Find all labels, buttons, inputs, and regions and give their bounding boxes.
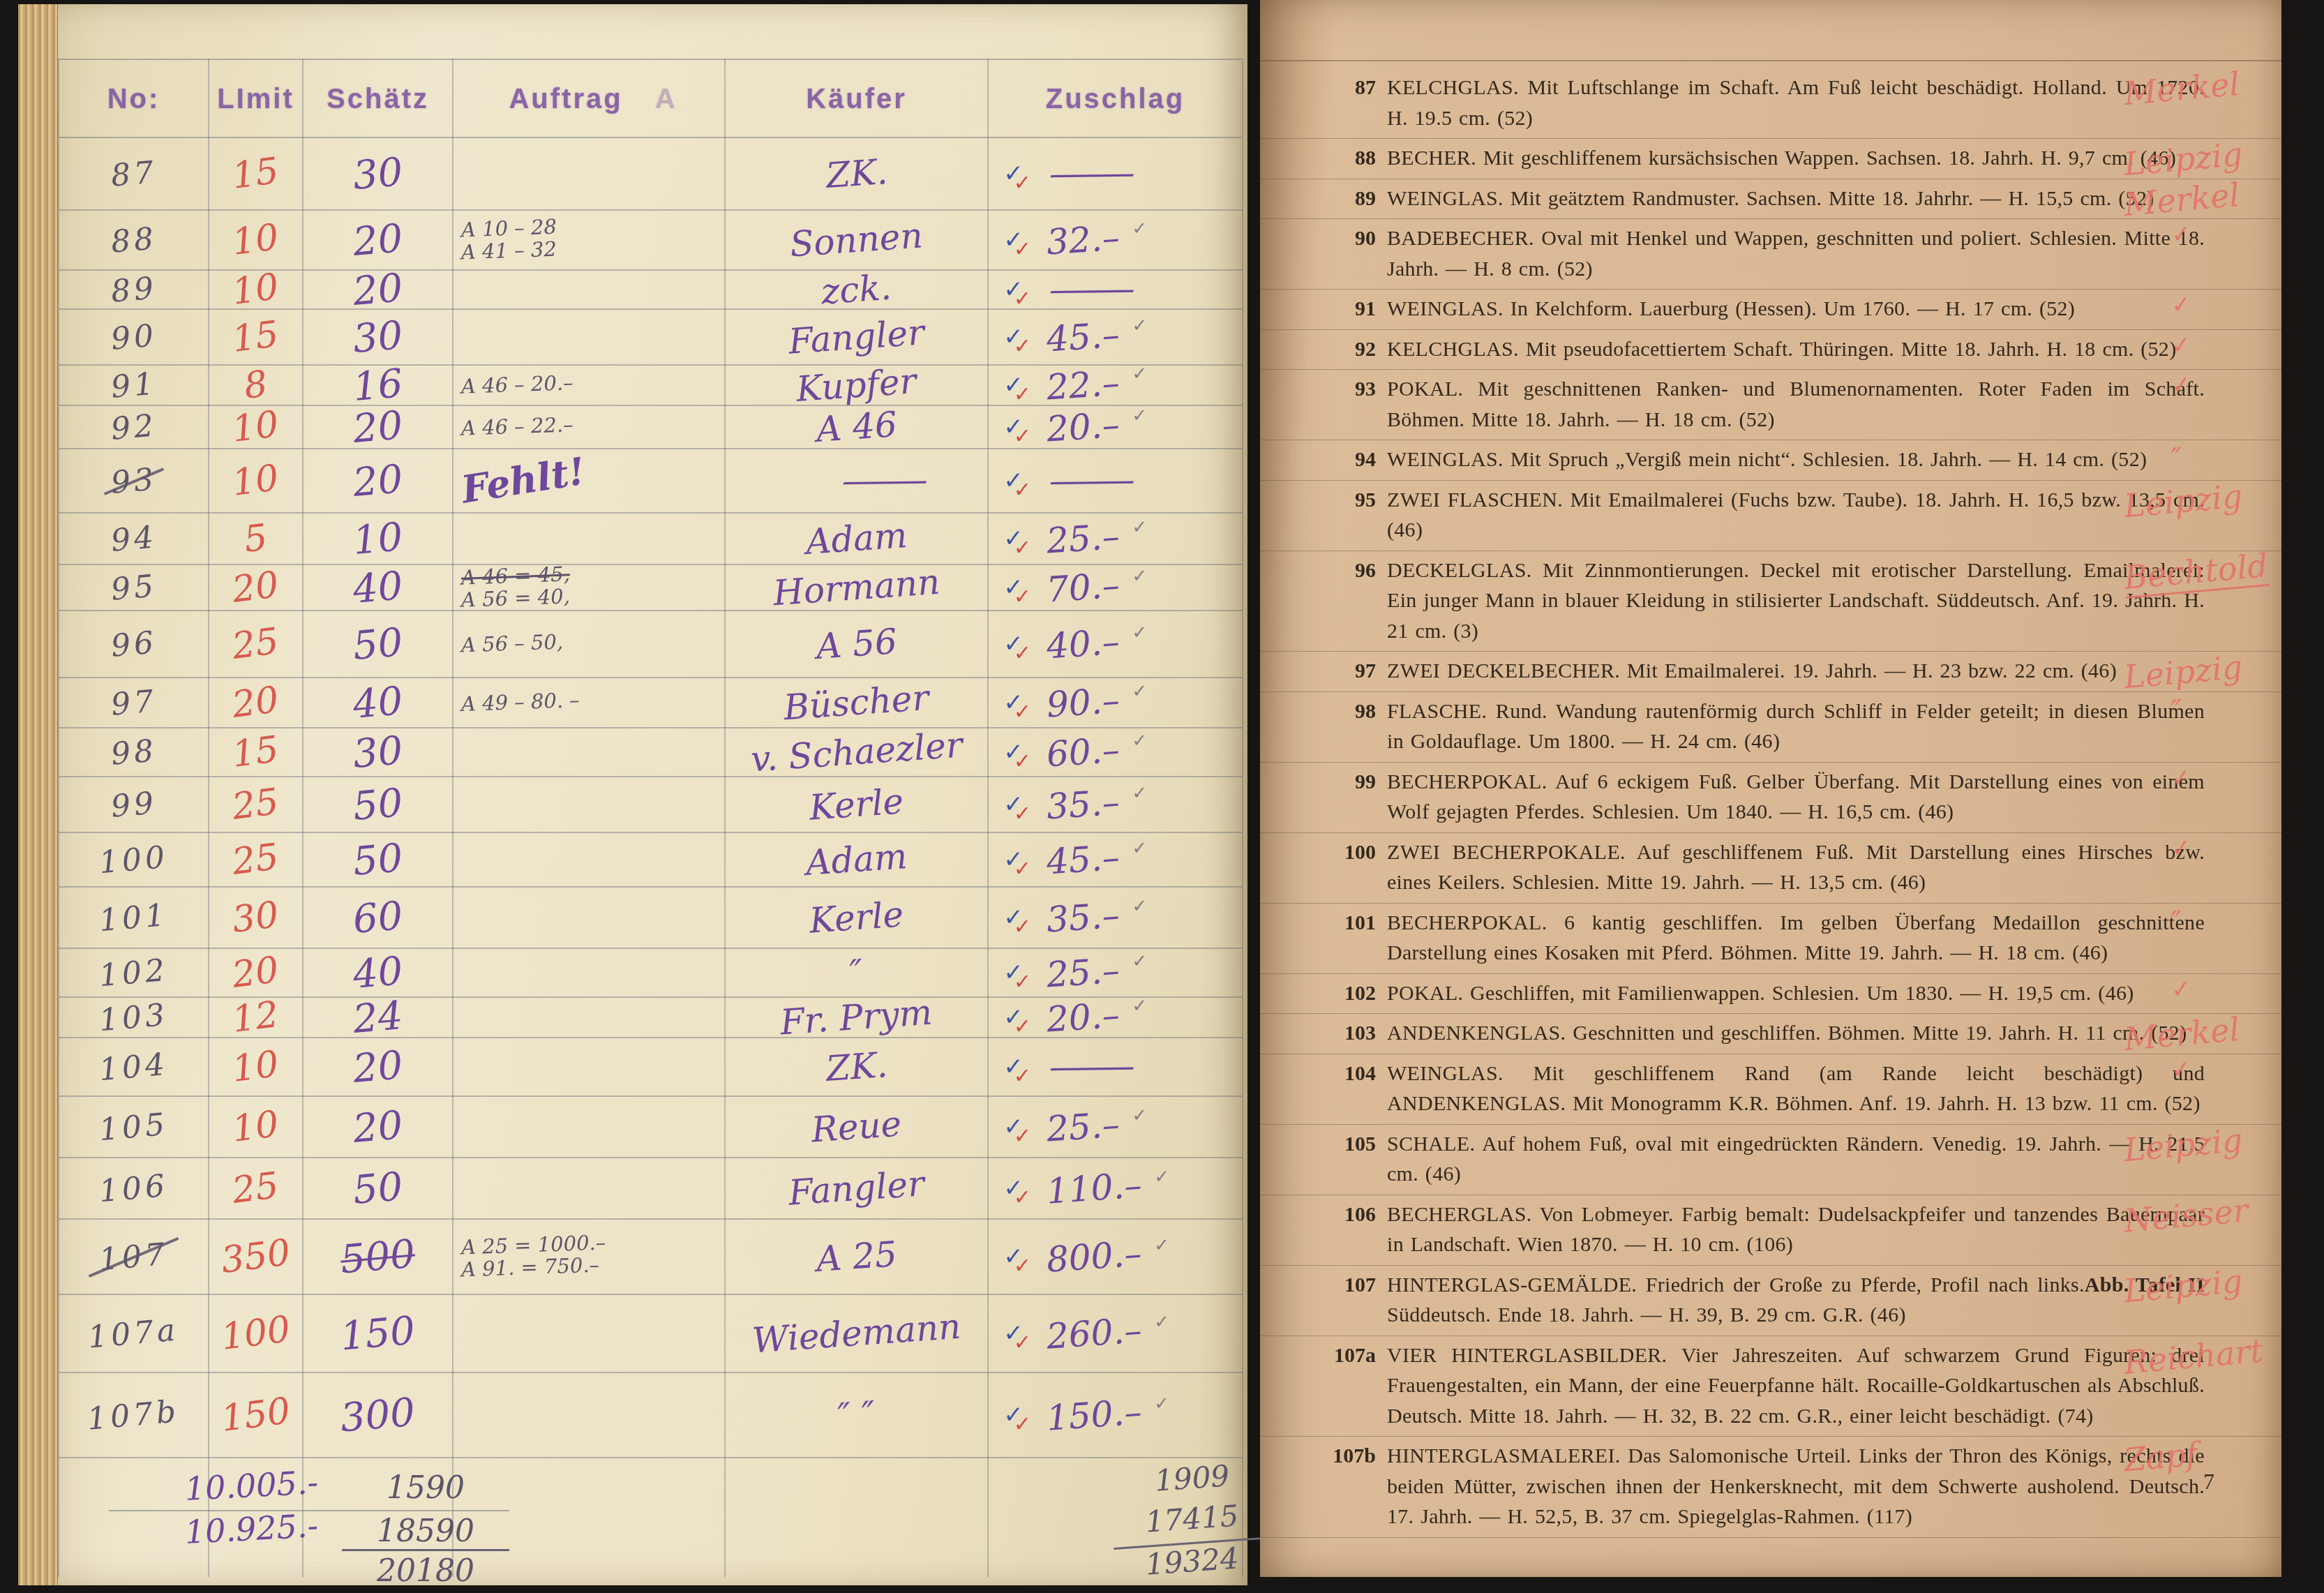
ledger-row: 102 20 40 ″ ✓✓ 25.– ✓ xyxy=(59,949,1243,998)
cell-estimate: 150 xyxy=(303,1295,453,1372)
estimate-value: 40 xyxy=(351,678,405,728)
cell-lot-number: 107b xyxy=(59,1373,209,1457)
pencil-check-icon: ✓ xyxy=(1132,783,1148,804)
lot-number: 101 xyxy=(98,897,170,938)
cell-estimate: 50 xyxy=(303,1158,453,1218)
buyer-name: Hormann xyxy=(772,562,941,614)
cell-buyer: Sonnen xyxy=(725,211,988,269)
cell-buyer: Kupfer xyxy=(725,366,988,405)
check-marks: ✓✓ xyxy=(988,160,1047,188)
cell-order-notes xyxy=(453,271,725,308)
cell-lot-number: 102 xyxy=(59,949,209,996)
buyer-name: Kupfer xyxy=(795,361,917,410)
pencil-check-icon: ✓ xyxy=(1132,838,1148,859)
cell-lot-number: 95 xyxy=(59,565,209,610)
cell-buyer: A 56 xyxy=(725,611,988,677)
margin-annotation: Bechtold xyxy=(2122,546,2270,599)
cell-hammer-price: ✓✓ — ✓ xyxy=(988,1038,1243,1095)
check-marks: ✓✓ xyxy=(988,1053,1047,1081)
catalog-entry: 93 POKAL. Mit geschnittenen Ranken- und … xyxy=(1260,370,2281,440)
limit-value: 15 xyxy=(230,728,281,776)
pencil-check-icon: ✓ xyxy=(1132,731,1148,751)
hammer-price: 60.– xyxy=(1045,729,1120,775)
ledger-row: 89 10 20 zck. ✓✓ — ✓ xyxy=(59,271,1243,310)
estimate-value: 50 xyxy=(351,1164,405,1213)
header-kaeufer: Käufer xyxy=(725,84,988,115)
pencil-check-icon: ✓ xyxy=(1132,364,1148,384)
cell-order-notes: A 56 – 50, xyxy=(453,611,725,677)
lot-number: 97 xyxy=(109,683,158,723)
ledger-rows: 87 15 30 ZK. ✓✓ — ✓ 88 10 20 A 10 – 28A … xyxy=(59,138,1243,1458)
estimate-value: 40 xyxy=(351,948,405,998)
red-check-icon: ✓ xyxy=(1014,382,1031,407)
header-no-label: No: xyxy=(107,84,160,115)
margin-annotation: Reichart xyxy=(2122,1331,2265,1381)
limit-value: 20 xyxy=(230,949,281,996)
limit-value: 100 xyxy=(219,1308,293,1359)
entry-number: 101 xyxy=(1285,908,1387,968)
page-number: 7 xyxy=(2203,1469,2214,1495)
cell-buyer: ZK. xyxy=(725,138,988,209)
cell-buyer: Fangler xyxy=(725,310,988,364)
ledger-row: 96 25 50 A 56 – 50, A 56 ✓✓ 40.– ✓ xyxy=(59,611,1243,678)
cell-limit: 350 xyxy=(209,1220,303,1294)
header-auftrag: Auftrag A xyxy=(453,84,725,115)
red-check-icon: ✓ xyxy=(1014,1124,1031,1149)
check-marks: ✓✓ xyxy=(988,630,1047,658)
entry-number: 92 xyxy=(1285,334,1387,365)
ledger-row: 88 10 20 A 10 – 28A 41 – 32 Sonnen ✓✓ 32… xyxy=(59,211,1243,271)
total-schaetz-3: 20180 xyxy=(342,1553,509,1589)
cell-limit: 25 xyxy=(209,833,303,886)
ledger-row: 103 12 24 Fr. Prym ✓✓ 20.– ✓ xyxy=(59,998,1243,1038)
catalog-entry: 97 ZWEI DECKELBECHER. Mit Emailmalerei. … xyxy=(1260,652,2281,692)
cell-estimate: 10 xyxy=(303,514,453,564)
ledger-row: 101 30 60 Kerle ✓✓ 35.– ✓ xyxy=(59,888,1243,949)
cell-lot-number: 104 xyxy=(59,1038,209,1095)
lot-number: 100 xyxy=(98,839,170,880)
cell-estimate: 300 xyxy=(303,1373,453,1457)
cell-limit: 10 xyxy=(209,449,303,512)
cell-order-notes xyxy=(453,998,725,1037)
cell-buyer: ″ xyxy=(725,949,988,996)
pencil-check-icon: ✓ xyxy=(1132,218,1148,239)
cell-hammer-price: ✓✓ — ✓ xyxy=(988,449,1243,512)
entry-description: POKAL. Geschliffen, mit Familienwappen. … xyxy=(1387,978,2205,1009)
estimate-value: 20 xyxy=(351,265,405,315)
cell-limit: 100 xyxy=(209,1295,303,1372)
lot-number: 104 xyxy=(98,1046,170,1087)
totals-row: 10.925.- 18590 xyxy=(109,1511,509,1553)
limit-value: 5 xyxy=(241,516,269,561)
buyer-name: Adam xyxy=(804,515,908,562)
cell-lot-number: 103 xyxy=(59,998,209,1037)
cell-estimate: 20 xyxy=(303,1038,453,1095)
entry-number: 95 xyxy=(1285,485,1387,546)
lot-number: 93 xyxy=(109,461,158,501)
cell-estimate: 50 xyxy=(303,833,453,886)
check-marks: ✓✓ xyxy=(988,276,1047,304)
check-marks: ✓✓ xyxy=(988,738,1047,766)
margin-annotation: Leipzig xyxy=(2122,1121,2244,1169)
entry-description: KELCHGLAS. Mit Luftschlange im Schaft. A… xyxy=(1387,73,2205,133)
cell-buyer: Kerle xyxy=(725,777,988,832)
margin-annotation: ✓ xyxy=(2170,1054,2192,1084)
limit-value: 15 xyxy=(230,313,281,361)
limit-value: 350 xyxy=(219,1232,293,1282)
margin-annotation: Neisser xyxy=(2122,1191,2250,1239)
limit-value: 10 xyxy=(230,403,281,451)
hammer-price: — xyxy=(1044,459,1139,501)
lot-number: 99 xyxy=(109,785,158,825)
check-marks: ✓✓ xyxy=(988,904,1047,932)
order-note: A 46 – 22.– xyxy=(460,414,573,440)
limit-value: 10 xyxy=(230,1103,281,1151)
total-schaetz-1: 1590 xyxy=(342,1470,509,1506)
cell-estimate: 20 xyxy=(303,1097,453,1157)
buyer-name: ZK. xyxy=(825,151,889,196)
cell-order-notes xyxy=(453,1097,725,1157)
catalog-entry: 94 WEINGLAS. Mit Spruch „Vergiß mein nic… xyxy=(1260,440,2281,481)
cell-estimate: 16 xyxy=(303,366,453,405)
entry-description: KELCHGLAS. Mit pseudofacettiertem Schaft… xyxy=(1387,334,2205,365)
cell-order-notes xyxy=(453,1295,725,1372)
pencil-check-icon: ✓ xyxy=(1132,405,1148,426)
check-marks: ✓✓ xyxy=(988,574,1047,601)
cell-order-notes: A 46 – 22.– xyxy=(453,406,725,448)
cell-estimate: 40 xyxy=(303,949,453,996)
cell-buyer: Fr. Prym xyxy=(725,998,988,1037)
cell-lot-number: 98 xyxy=(59,728,209,776)
red-check-icon: ✓ xyxy=(1014,171,1031,195)
order-note: A 91. = 750.– xyxy=(461,1255,600,1282)
estimate-value: 50 xyxy=(351,780,405,830)
margin-annotation: Leipzig xyxy=(2122,648,2244,696)
cell-hammer-price: ✓✓ 40.– ✓ xyxy=(988,611,1243,677)
limit-value: 10 xyxy=(230,216,281,264)
cell-hammer-price: ✓✓ 60.– ✓ xyxy=(988,728,1243,776)
header-ghost-stamp: A xyxy=(655,84,677,115)
red-check-icon: ✓ xyxy=(1014,1412,1031,1437)
red-check-icon: ✓ xyxy=(1014,237,1031,262)
cell-order-notes xyxy=(453,1158,725,1218)
entry-description: POKAL. Mit geschnittenen Ranken- und Blu… xyxy=(1387,374,2205,435)
red-check-icon: ✓ xyxy=(1014,857,1031,881)
cell-buyer: ZK. xyxy=(725,1038,988,1095)
hammer-price: 70.– xyxy=(1045,564,1120,610)
buyer-name: ″ xyxy=(848,952,864,993)
limit-value: 25 xyxy=(230,1165,281,1212)
entry-number: 107b xyxy=(1285,1441,1387,1532)
cell-lot-number: 87 xyxy=(59,138,209,209)
cell-buyer: v. Schaezler xyxy=(725,728,988,776)
catalog-entry: 90 BADEBECHER. Oval mit Henkel und Wappe… xyxy=(1260,219,2281,290)
ledger-row: 98 15 30 v. Schaezler ✓✓ 60.– ✓ xyxy=(59,728,1243,777)
cell-buyer: Büscher xyxy=(725,678,988,727)
entry-description: SCHALE. Auf hohem Fuß, oval mit eingedrü… xyxy=(1387,1129,2205,1190)
catalog-entry: 103 ANDENKENGLAS. Geschnitten und geschl… xyxy=(1260,1014,2281,1054)
header-zuschlag-label: Zuschlag xyxy=(1046,84,1185,115)
entry-description: ANDENKENGLAS. Geschnitten und geschliffe… xyxy=(1387,1018,2205,1049)
check-marks: ✓✓ xyxy=(988,791,1047,818)
margin-annotation: ✓ xyxy=(2170,220,2192,249)
estimate-value: 20 xyxy=(351,456,405,506)
pencil-check-icon: ✓ xyxy=(1132,681,1148,702)
entry-description: Abb. Tafel IIHINTERGLAS-GEMÄLDE. Friedri… xyxy=(1387,1270,2205,1331)
limit-value: 25 xyxy=(230,836,281,883)
entry-number: 99 xyxy=(1285,767,1387,828)
limit-value: 15 xyxy=(230,150,281,197)
limit-value: 25 xyxy=(230,620,281,668)
totals-left: 10.005.- 1590 10.925.- 18590 20180 xyxy=(109,1468,509,1593)
limit-value: 20 xyxy=(230,564,281,611)
cell-lot-number: 97 xyxy=(59,678,209,727)
ledger-row: 97 20 40 A 49 – 80. – Büscher ✓✓ 90.– ✓ xyxy=(59,678,1243,728)
entry-number: 97 xyxy=(1285,656,1387,687)
margin-annotation: ✓ xyxy=(2170,974,2192,1003)
check-marks: ✓✓ xyxy=(988,1113,1047,1141)
catalog-entry: 107b HINTERGLASMALEREI. Das Salomonische… xyxy=(1260,1437,2281,1538)
red-check-icon: ✓ xyxy=(1014,802,1031,826)
cell-estimate: 20 xyxy=(303,406,453,448)
order-note: A 46 – 20.– xyxy=(460,372,573,398)
cell-lot-number: 106 xyxy=(59,1158,209,1218)
buyer-name: ″ ″ xyxy=(837,1393,876,1437)
margin-annotation: Leipzig xyxy=(2122,477,2244,525)
cell-lot-number: 89 xyxy=(59,271,209,308)
estimate-value: 20 xyxy=(351,216,405,265)
hammer-price: 45.– xyxy=(1045,314,1120,359)
lot-number: 95 xyxy=(109,568,158,608)
lot-number: 88 xyxy=(109,220,158,260)
entry-description: HINTERGLASMALEREI. Das Salomonische Urte… xyxy=(1387,1441,2205,1532)
catalog-entry: 101 BECHERPOKAL. 6 kantig geschliffen. I… xyxy=(1260,904,2281,974)
ledger-row: 92 10 20 A 46 – 22.– A 46 ✓✓ 20.– ✓ xyxy=(59,406,1243,449)
limit-value: 150 xyxy=(219,1390,293,1440)
cell-estimate: 40 xyxy=(303,565,453,610)
cell-hammer-price: ✓✓ 45.– ✓ xyxy=(988,833,1243,886)
hammer-price: 260.– xyxy=(1045,1310,1143,1356)
cell-hammer-price: ✓✓ 150.– ✓ xyxy=(988,1373,1243,1457)
entry-number: 103 xyxy=(1285,1018,1387,1049)
entry-description: DECKELGLAS. Mit Zinnmontierungen. Deckel… xyxy=(1387,555,2205,647)
cell-buyer: Adam xyxy=(725,514,988,564)
cell-estimate: 24 xyxy=(303,998,453,1037)
ledger-row: 105 10 20 Reue ✓✓ 25.– ✓ xyxy=(59,1097,1243,1158)
cell-hammer-price: ✓✓ 260.– ✓ xyxy=(988,1295,1243,1372)
cell-order-notes xyxy=(453,310,725,364)
entry-description: BECHERPOKAL. Auf 6 eckigem Fuß. Gelber Ü… xyxy=(1387,767,2205,828)
cell-lot-number: 105 xyxy=(59,1097,209,1157)
ledger-row: 87 15 30 ZK. ✓✓ — ✓ xyxy=(59,138,1243,211)
lot-number: 102 xyxy=(98,952,170,993)
red-check-icon: ✓ xyxy=(1014,1186,1031,1210)
estimate-value: 30 xyxy=(351,728,405,777)
estimate-value: 30 xyxy=(351,313,405,362)
limit-value: 20 xyxy=(230,679,281,726)
entry-description: WEINGLAS. Mit geätztem Randmuster. Sachs… xyxy=(1387,184,2205,214)
hammer-price: 800.– xyxy=(1045,1233,1143,1280)
cell-buyer: Fangler xyxy=(725,1158,988,1218)
pencil-check-icon: ✓ xyxy=(1132,1105,1148,1126)
estimate-value: 24 xyxy=(351,993,405,1042)
entry-number: 88 xyxy=(1285,143,1387,174)
lot-number: 92 xyxy=(109,407,158,447)
cell-estimate: 500 xyxy=(303,1220,453,1294)
catalog-entry: 89 WEINGLAS. Mit geätztem Randmuster. Sa… xyxy=(1260,179,2281,220)
entry-number: 105 xyxy=(1285,1129,1387,1190)
lot-number: 106 xyxy=(98,1167,170,1209)
entry-text: HINTERGLAS-GEMÄLDE. Friedrich der Große … xyxy=(1387,1273,2085,1327)
cell-lot-number: 96 xyxy=(59,611,209,677)
cell-hammer-price: ✓✓ 35.– ✓ xyxy=(988,777,1243,832)
cell-order-notes xyxy=(453,833,725,886)
hammer-price: 35.– xyxy=(1045,781,1120,827)
pencil-check-icon: ✓ xyxy=(1154,1235,1169,1256)
ledger-row: 90 15 30 Fangler ✓✓ 45.– ✓ xyxy=(59,310,1243,366)
cell-limit: 25 xyxy=(209,611,303,677)
header-limit: LImit xyxy=(209,84,303,115)
check-marks: ✓✓ xyxy=(988,959,1047,987)
cell-order-notes: A 46 – 20.– xyxy=(453,366,725,405)
pencil-check-icon: ✓ xyxy=(1132,566,1148,587)
cell-order-notes xyxy=(453,1038,725,1095)
header-no: No: xyxy=(59,84,209,115)
entry-description: ZWEI FLASCHEN. Mit Emailmalerei (Fuchs b… xyxy=(1387,485,2205,546)
order-note: Fehlt! xyxy=(458,451,587,511)
check-marks: ✓✓ xyxy=(988,846,1047,874)
hammer-price: 90.– xyxy=(1045,680,1120,725)
cell-limit: 10 xyxy=(209,1038,303,1095)
hammer-price: 25.– xyxy=(1045,516,1120,561)
hammer-price: 25.– xyxy=(1045,1104,1120,1149)
cell-limit: 12 xyxy=(209,998,303,1037)
red-check-icon: ✓ xyxy=(1014,641,1031,666)
cell-buyer: Hormann xyxy=(725,565,988,610)
catalog-entry: 102 POKAL. Geschliffen, mit Familienwapp… xyxy=(1260,974,2281,1015)
cell-limit: 10 xyxy=(209,211,303,269)
estimate-value: 500 xyxy=(338,1231,417,1282)
cell-estimate: 20 xyxy=(303,271,453,308)
red-check-icon: ✓ xyxy=(1014,478,1031,502)
margin-annotation: ✓ xyxy=(2170,290,2192,320)
check-marks: ✓✓ xyxy=(988,1243,1047,1271)
estimate-value: 40 xyxy=(351,563,405,613)
estimate-value: 150 xyxy=(338,1308,417,1359)
entry-description: BADEBECHER. Oval mit Henkel und Wappen, … xyxy=(1387,223,2205,284)
lot-number: 94 xyxy=(109,519,158,559)
entry-description: BECHER. Mit geschliffenem kursächsischen… xyxy=(1387,143,2205,174)
catalog-entry: 100 ZWEI BECHERPOKALE. Auf geschliffenem… xyxy=(1260,833,2281,904)
cell-hammer-price: ✓✓ 22.– ✓ xyxy=(988,366,1243,405)
header-schaetz: Schätz xyxy=(303,84,453,115)
buyer-name: zck. xyxy=(820,267,892,313)
red-check-icon: ✓ xyxy=(1014,536,1031,560)
margin-annotation: Zapf xyxy=(2122,1435,2199,1479)
margin-annotation: ✓ xyxy=(2170,330,2192,359)
hammer-price: 35.– xyxy=(1045,895,1120,940)
margin-annotation: ✓ xyxy=(2170,371,2192,400)
order-note: A 56 = 40, xyxy=(460,585,570,611)
cell-order-notes: A 49 – 80. – xyxy=(453,678,725,727)
catalog-entry: 91 WEINGLAS. In Kelchform. Lauerburg (He… xyxy=(1260,290,2281,330)
header-zuschlag: Zuschlag xyxy=(988,84,1243,115)
buyer-name: Fr. Prym xyxy=(779,992,934,1042)
cell-lot-number: 93 xyxy=(59,449,209,512)
cell-limit: 8 xyxy=(209,366,303,405)
estimate-value: 300 xyxy=(338,1389,417,1441)
pencil-check-icon: ✓ xyxy=(1154,1393,1169,1414)
entry-description: BECHERGLAS. Von Lobmeyer. Farbig bemalt:… xyxy=(1387,1199,2205,1260)
entry-description: FLASCHE. Rund. Wandung rautenförmig durc… xyxy=(1387,696,2205,757)
check-marks: ✓✓ xyxy=(988,1401,1047,1429)
cell-hammer-price: ✓✓ 90.– ✓ xyxy=(988,678,1243,727)
margin-annotation: Leipzig xyxy=(2122,135,2244,184)
buyer-name: Fangler xyxy=(787,1163,925,1213)
cell-estimate: 50 xyxy=(303,777,453,832)
cell-lot-number: 92 xyxy=(59,406,209,448)
cell-lot-number: 99 xyxy=(59,777,209,832)
catalog-entry: 107a VIER HINTERGLASBILDER. Vier Jahresz… xyxy=(1260,1336,2281,1437)
red-check-icon: ✓ xyxy=(1014,1015,1031,1039)
cell-limit: 15 xyxy=(209,310,303,364)
cell-estimate: 20 xyxy=(303,211,453,269)
red-check-icon: ✓ xyxy=(1014,749,1031,774)
pencil-check-icon: ✓ xyxy=(1132,951,1148,972)
ledger-row: 91 8 16 A 46 – 20.– Kupfer ✓✓ 22.– ✓ xyxy=(59,366,1243,406)
order-note: A 49 – 80. – xyxy=(460,689,580,716)
margin-annotation: ✓ xyxy=(2170,763,2192,792)
lot-number: 107b xyxy=(86,1393,181,1437)
totals-row: 20180 xyxy=(109,1553,509,1593)
cell-limit: 20 xyxy=(209,949,303,996)
hammer-price: 40.– xyxy=(1045,621,1120,666)
cell-hammer-price: ✓✓ — ✓ xyxy=(988,271,1243,308)
limit-value: 10 xyxy=(230,266,281,313)
cell-lot-number: 101 xyxy=(59,888,209,948)
cell-estimate: 60 xyxy=(303,888,453,948)
limit-value: 25 xyxy=(230,781,281,828)
cell-hammer-price: ✓✓ 35.– ✓ xyxy=(988,888,1243,948)
cell-buyer: zck. xyxy=(725,271,988,308)
cell-hammer-price: ✓✓ 20.– ✓ xyxy=(988,998,1243,1037)
entry-description: VIER HINTERGLASBILDER. Vier Jahreszeiten… xyxy=(1387,1340,2205,1432)
lot-number: 103 xyxy=(98,996,170,1038)
cell-buyer: ″ ″ xyxy=(725,1373,988,1457)
ledger-page: No: LImit Schätz Auftrag A Käufer Zuschl… xyxy=(18,4,1247,1585)
cell-buyer: Kerle xyxy=(725,888,988,948)
catalog-entry: 87 KELCHGLAS. Mit Luftschlange im Schaft… xyxy=(1260,68,2281,139)
cell-order-notes xyxy=(453,777,725,832)
catalog-entry: 88 BECHER. Mit geschliffenem kursächsisc… xyxy=(1260,139,2281,179)
margin-annotation: Leipzig xyxy=(2122,1262,2244,1310)
red-check-icon: ✓ xyxy=(1014,1254,1031,1278)
buyer-name: Fangler xyxy=(787,312,925,361)
entry-description: BECHERPOKAL. 6 kantig geschliffen. Im ge… xyxy=(1387,908,2205,968)
lot-number: 105 xyxy=(98,1106,170,1147)
catalog-page: 87 KELCHGLAS. Mit Luftschlange im Schaft… xyxy=(1260,0,2281,1577)
hammer-price: 20.– xyxy=(1045,404,1120,449)
margin-annotation: ✓ xyxy=(2170,833,2192,862)
lot-number: 91 xyxy=(109,366,158,405)
cell-order-notes xyxy=(453,138,725,209)
check-marks: ✓✓ xyxy=(988,689,1047,717)
entry-number: 107a xyxy=(1285,1340,1387,1432)
ledger-header-row: No: LImit Schätz Auftrag A Käufer Zuschl… xyxy=(59,60,1243,138)
cell-hammer-price: ✓✓ 110.– ✓ xyxy=(988,1158,1243,1218)
cell-hammer-price: ✓✓ 25.– ✓ xyxy=(988,514,1243,564)
cell-lot-number: 100 xyxy=(59,833,209,886)
